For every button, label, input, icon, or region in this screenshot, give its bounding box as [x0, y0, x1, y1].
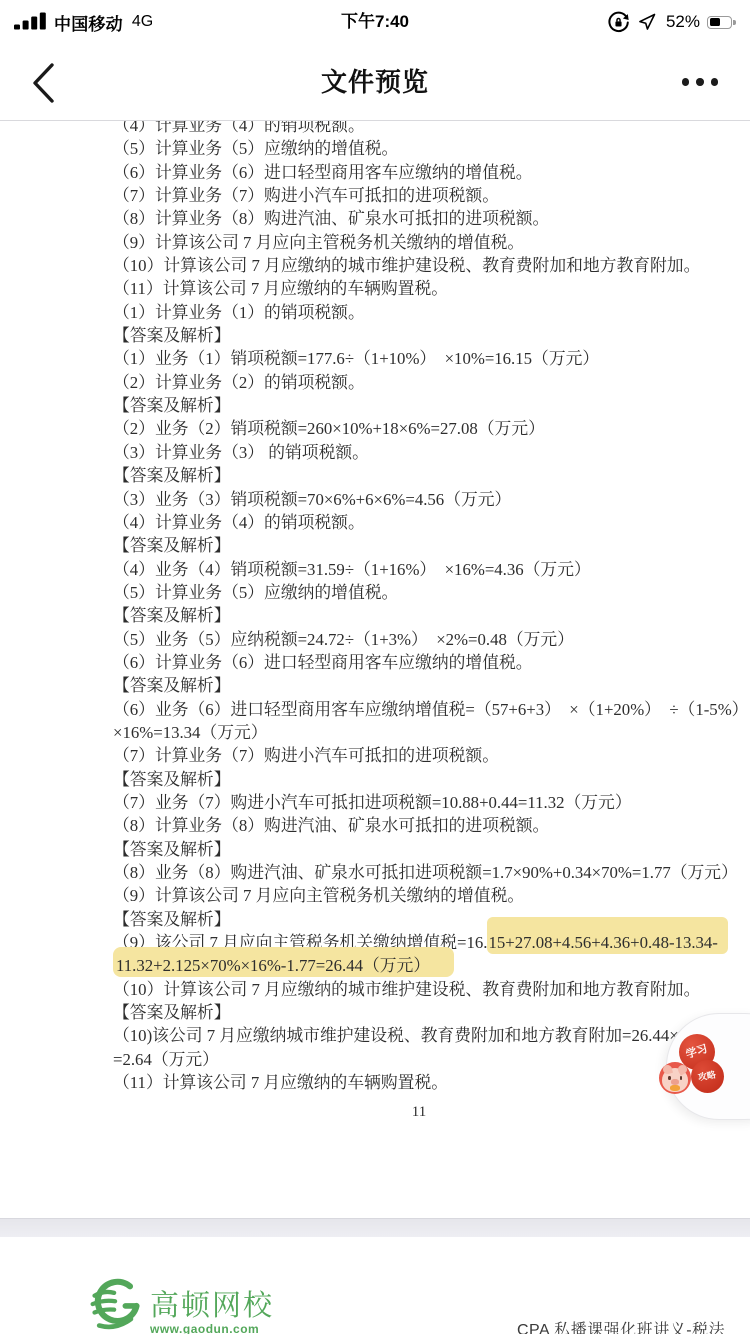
document-line: （6）计算业务（6）进口轻型商用客车应缴纳的增值税。 — [113, 161, 750, 184]
page-divider — [0, 1218, 750, 1237]
document-page[interactable]: （4）计算业务（4）的销项税额。（5）计算业务（5）应缴纳的增值税。（6）计算业… — [0, 121, 750, 1218]
document-line: （10）计算该公司 7 月应缴纳的城市维护建设税、教育费附加和地方教育附加。 — [113, 254, 750, 277]
document-line: （8）计算业务（8）购进汽油、矿泉水可抵扣的进项税额。 — [113, 207, 750, 230]
document-line: （6）计算业务（6）进口轻型商用客车应缴纳的增值税。 — [113, 651, 750, 674]
document-line: 11.32+2.125×70%×16%-1.77=26.44（万元） — [113, 954, 750, 977]
document-line: （4）计算业务（4）的销项税额。 — [113, 121, 750, 137]
document-line: （7）计算业务（7）购进小汽车可抵扣的进项税额。 — [113, 184, 750, 207]
document-line: 【答案及解析】 — [113, 1001, 750, 1024]
pig-snout — [671, 1079, 679, 1085]
document-line: （7）业务（7）购进小汽车可抵扣进项税额=10.88+0.44=11.32（万元… — [113, 791, 750, 814]
battery-percent-label: 52% — [666, 12, 700, 32]
nav-header: 文件预览 — [0, 44, 750, 121]
document-line: （9）计算该公司 7 月应向主管税务机关缴纳的增值税。 — [113, 884, 750, 907]
document-line: （1）业务（1）销项税额=177.6÷（1+10%） ×10%=16.15（万元… — [113, 347, 750, 370]
rotation-lock-icon — [607, 11, 630, 34]
brand-name: 高顿网校 — [150, 1291, 274, 1321]
document-line: （3）业务（3）销项税额=70×6%+6×6%=4.56（万元） — [113, 488, 750, 511]
document-line: 【答案及解析】 — [113, 768, 750, 791]
ellipsis-icon — [682, 78, 690, 86]
pig-eye — [668, 1076, 671, 1080]
study-badge-label: 学习 — [685, 1043, 709, 1060]
document-line: 【答案及解析】 — [113, 674, 750, 697]
document-line: =2.64（万元） — [113, 1048, 750, 1071]
document-line: （8）计算业务（8）购进汽油、矿泉水可抵扣的进项税额。 — [113, 814, 750, 837]
document-line: （8）业务（8）购进汽油、矿泉水可抵扣进项税额=1.7×90%+0.34×70%… — [113, 861, 750, 884]
document-line: 【答案及解析】 — [113, 394, 750, 417]
more-options-button[interactable] — [682, 74, 719, 90]
guide-badge: 攻略 — [691, 1060, 724, 1093]
document-lines: （4）计算业务（4）的销项税额。（5）计算业务（5）应缴纳的增值税。（6）计算业… — [113, 121, 750, 1094]
document-line: （11）计算该公司 7 月应缴纳的车辆购置税。 — [113, 1071, 750, 1094]
document-line: 【答案及解析】 — [113, 534, 750, 557]
document-line: （3）计算业务（3） 的销项税额。 — [113, 441, 750, 464]
document-line: （2）业务（2）销项税额=260×10%+18×6%=27.08（万元） — [113, 417, 750, 440]
pig-eye — [680, 1076, 683, 1080]
location-arrow-icon — [637, 12, 657, 32]
document-line: （10）计算该公司 7 月应缴纳的城市维护建设税、教育费附加和地方教育附加。 — [113, 978, 750, 1001]
course-label: CPA 私播课强化班讲义-税法 — [517, 1317, 725, 1334]
document-line: （10)该公司 7 月应缴纳城市维护建设税、教育费附加和地方教育附加=26.44… — [113, 1024, 750, 1047]
battery-level-fill — [710, 18, 720, 26]
document-next-page: 高顿网校 www.gaodun.com CPA 私播课强化班讲义-税法 — [0, 1237, 750, 1334]
document-line: （7）计算业务（7）购进小汽车可抵扣的进项税额。 — [113, 744, 750, 767]
page-title: 文件预览 — [0, 44, 750, 120]
status-bar: 中国移动 4G 下午7:40 52% — [0, 0, 750, 44]
document-line: （9）计算该公司 7 月应向主管税务机关缴纳的增值税。 — [113, 231, 750, 254]
document-line: 【答案及解析】 — [113, 324, 750, 347]
document-line: ×16%=13.34（万元） — [113, 721, 750, 744]
document-line: 【答案及解析】 — [113, 838, 750, 861]
page-number: 11 — [399, 1104, 439, 1121]
document-line: （4）业务（4）销项税额=31.59÷（1+16%） ×16%=4.36（万元） — [113, 558, 750, 581]
document-line: （6）业务（6）进口轻型商用客车应缴纳增值税=（57+6+3） ×（1+20%）… — [113, 698, 750, 721]
document-line: （4）计算业务（4）的销项税额。 — [113, 511, 750, 534]
document-line: （1）计算业务（1）的销项税额。 — [113, 301, 750, 324]
pig-mascot-icon — [659, 1062, 691, 1094]
document-line: （5）计算业务（5）应缴纳的增值税。 — [113, 581, 750, 604]
ellipsis-icon — [711, 78, 719, 86]
brand-logo: 高顿网校 www.gaodun.com — [88, 1277, 274, 1334]
pig-ear — [662, 1064, 673, 1075]
battery-nub — [733, 20, 736, 26]
document-line: （5）计算业务（5）应缴纳的增值税。 — [113, 137, 750, 160]
battery-icon — [707, 16, 732, 29]
document-line: 【答案及解析】 — [113, 464, 750, 487]
document-line: （2）计算业务（2）的销项税额。 — [113, 371, 750, 394]
document-line: 【答案及解析】 — [113, 604, 750, 627]
pig-held-item — [670, 1085, 680, 1091]
document-line: （5）业务（5）应纳税额=24.72÷（1+3%） ×2%=0.48（万元） — [113, 628, 750, 651]
document-line: （11）计算该公司 7 月应缴纳的车辆购置税。 — [113, 277, 750, 300]
guide-badge-label: 攻略 — [698, 1070, 718, 1084]
gaodun-logo-icon — [88, 1277, 144, 1333]
pig-face — [662, 1068, 688, 1092]
ellipsis-icon — [696, 78, 704, 86]
brand-url: www.gaodun.com — [150, 1322, 274, 1334]
